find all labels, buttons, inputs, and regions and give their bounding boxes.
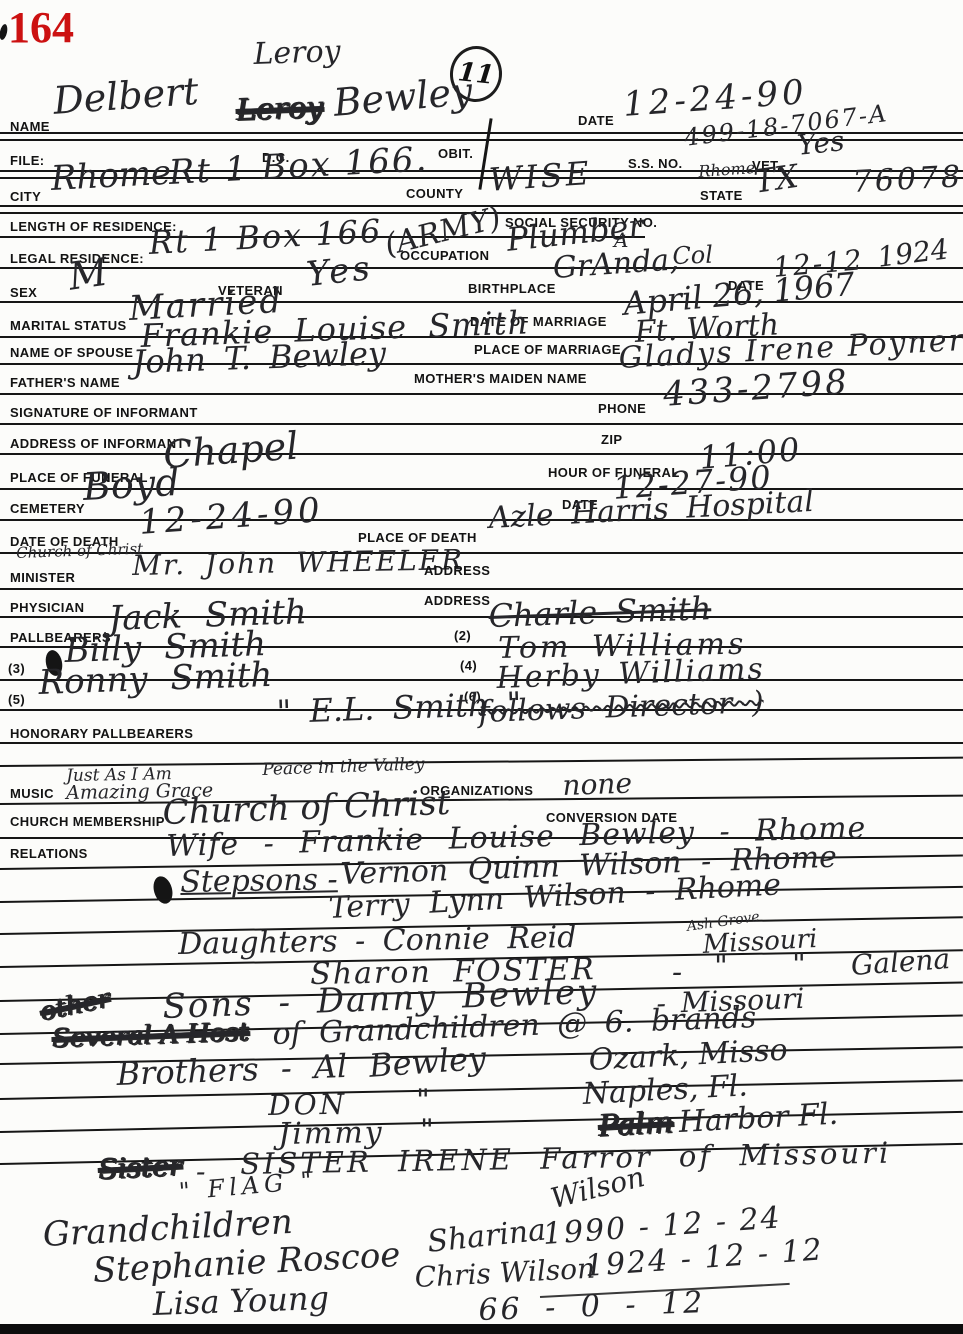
zip-value: 76078 [852,162,963,198]
music-label: MUSIC [10,786,54,801]
page-number: 164 [8,6,74,50]
relation-daughter-2-city: Galena [850,945,951,980]
minister-value: Mr. John WHEELER [132,546,464,580]
pallbearer-2-number: (2) [454,628,471,643]
pallbearer-3-number: (3) [8,661,25,676]
minister-church-note: Church of Christ [16,542,143,561]
sex-value: M [66,253,110,296]
birthplace-label: BIRTHPLACE [468,281,556,296]
rule [0,423,963,425]
vet-value: Yes [796,127,846,160]
pallbearer-4-number: (4) [460,658,477,673]
city-address-value: Rt 1 Box 166. [168,142,429,190]
relation-host-struck: Several A Host [52,1019,250,1052]
physician-label: PHYSICIAN [10,600,84,615]
pallbearer-5-number: (5) [8,692,25,707]
rule [0,588,963,590]
obit-label: OBIT. [438,146,473,161]
ssn-label: S.S. NO. [628,156,683,171]
birth-year-value: 1924 [876,235,950,271]
veteran-value: Yes [305,251,374,292]
name-last-value: Bewley [332,72,474,122]
signature-of-informant-label: SIGNATURE OF INFORMANT [10,405,198,420]
relation-daughter-2-dash: - [672,958,682,988]
grandchild-2: Lisa Young [152,1282,329,1320]
relation-brother-1-surname: Bewley [368,1042,487,1082]
cemetery-value: Boyd [82,463,180,506]
fathers-name-label: FATHER'S NAME [10,375,120,390]
relation-sister-struck: Sister [98,1152,183,1184]
name-struck-value: Leroy [236,93,324,126]
relation-stepsons-word: Stepsons - [180,865,338,898]
rule [0,742,963,744]
place-of-marriage-label: PLACE OF MARRIAGE [474,342,621,357]
phone-label: PHONE [598,401,646,416]
name-of-spouse-label: NAME OF SPOUSE [10,345,133,360]
zip-label: ZIP [601,432,622,447]
calc-result: 66 - 0 - 12 [478,1288,706,1326]
relation-sister: SISTER IRENE Farror of Missouri [240,1139,892,1179]
ditto-mark: " [792,950,806,980]
relation-brother-1: Brothers - Al [116,1050,348,1090]
fathers-name-value: John T. Bewley [132,337,387,378]
date-label: DATE [578,113,614,128]
ditto-mark: " [420,1116,434,1146]
physician-address-label: ADDRESS [424,593,490,608]
name-first-value: Delbert [52,72,200,120]
state-city-note: Rhome [698,160,756,180]
relation-brother-3-city: Harbor Fl. [678,1100,839,1138]
place-of-funeral-value: Chapel [162,427,299,474]
phone-value: 433-2798 [662,365,851,412]
ditto-mark: " [416,1086,430,1116]
county-value: WISE [488,157,593,196]
city-value: Rhome [50,156,172,196]
city-label: CITY [10,189,41,204]
mothers-maiden-name-label: MOTHER'S MAIDEN NAME [414,371,587,386]
ink-scribble [150,874,175,906]
minister-address-label: ADDRESS [424,563,490,578]
county-label: COUNTY [406,186,463,201]
calc-name-2: Chris Wilson [414,1255,596,1292]
marital-status-label: MARITAL STATUS [10,318,127,333]
address-of-informant-label: ADDRESS OF INFORMANT [10,436,185,451]
relation-other-struck: other [38,985,113,1025]
place-of-death-value: Azle Harris Hospital [488,487,815,534]
calc-name-1: Sharina [426,1216,547,1258]
date-of-death-value: 12-24-90 [138,493,325,540]
pallbearer-2-struck-value: Charle Smith [488,592,712,632]
relation-brother-1-city: Ozark, Misso [588,1036,788,1076]
relations-label: RELATIONS [10,846,88,861]
church-membership-label: CHURCH MEMBERSHIP [10,814,165,829]
ditto-mark: " [714,952,728,982]
name-correction-above: Leroy [253,37,341,70]
cemetery-label: CEMETERY [10,501,85,516]
funeral-record-sheet: 164 Leroy 11 NAME Delbert Leroy Bewley D… [0,0,963,1334]
scan-edge-bar [0,1324,963,1334]
sex-label: SEX [10,285,37,300]
state-value: TX [752,160,800,198]
birthplace-state-value: Col [672,243,713,268]
relation-brother-3-city-struck: Palm [598,1108,674,1142]
music-song-2: Peace in the Valley [262,756,425,779]
minister-label: MINISTER [10,570,75,585]
organizations-value: none [562,770,632,800]
pallbearer-5-value: Ronny Smith [38,658,273,700]
honorary-struck-note: follows Director ) [478,688,764,728]
rule [0,453,963,455]
file-label: FILE: [10,153,45,168]
birthplace-inserted-letter: A [614,230,628,250]
honorary-pallbearers-label: HONORARY PALLBEARERS [10,726,193,741]
state-label: STATE [700,188,743,203]
